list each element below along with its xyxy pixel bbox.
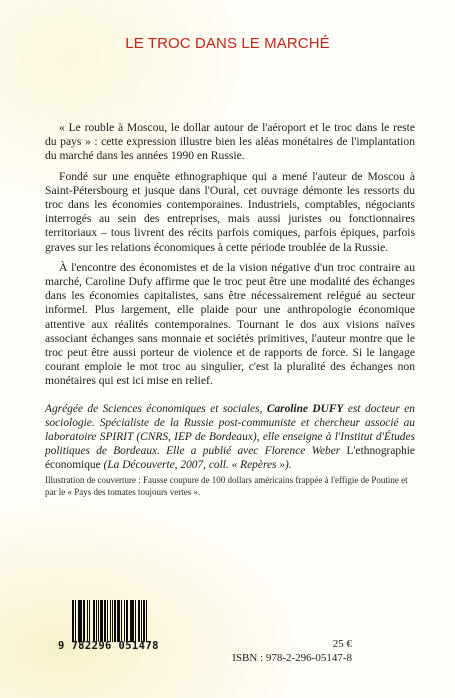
barcode-bars [72,600,166,642]
price: 25 € [333,638,352,650]
isbn: ISBN : 978-2-296-05147-8 [232,652,352,664]
author-name: Caroline DUFY [267,403,344,415]
cover-illustration-credit: Illustration de couverture : Fausse coup… [45,474,415,498]
barcode: 9 782296 051478 [58,600,168,652]
barcode-digits: 9 782296 051478 [58,640,159,652]
summary-paragraph-2: Fondé sur une enquête ethnographique qui… [45,170,415,255]
author-bio: Agrégée de Sciences économiques et socia… [45,402,415,472]
summary-text: « Le rouble à Moscou, le dollar autour d… [45,121,415,395]
bio-text-2: (La Découverte, 2007, coll. « Repères »)… [101,459,292,471]
bio-intro: Agrégée de Sciences économiques et socia… [45,403,267,415]
summary-paragraph-1: « Le rouble à Moscou, le dollar autour d… [45,121,415,164]
summary-paragraph-3: À l'encontre des économistes et de la vi… [45,261,415,389]
book-title: LE TROC DANS LE MARCHÉ [0,35,455,52]
